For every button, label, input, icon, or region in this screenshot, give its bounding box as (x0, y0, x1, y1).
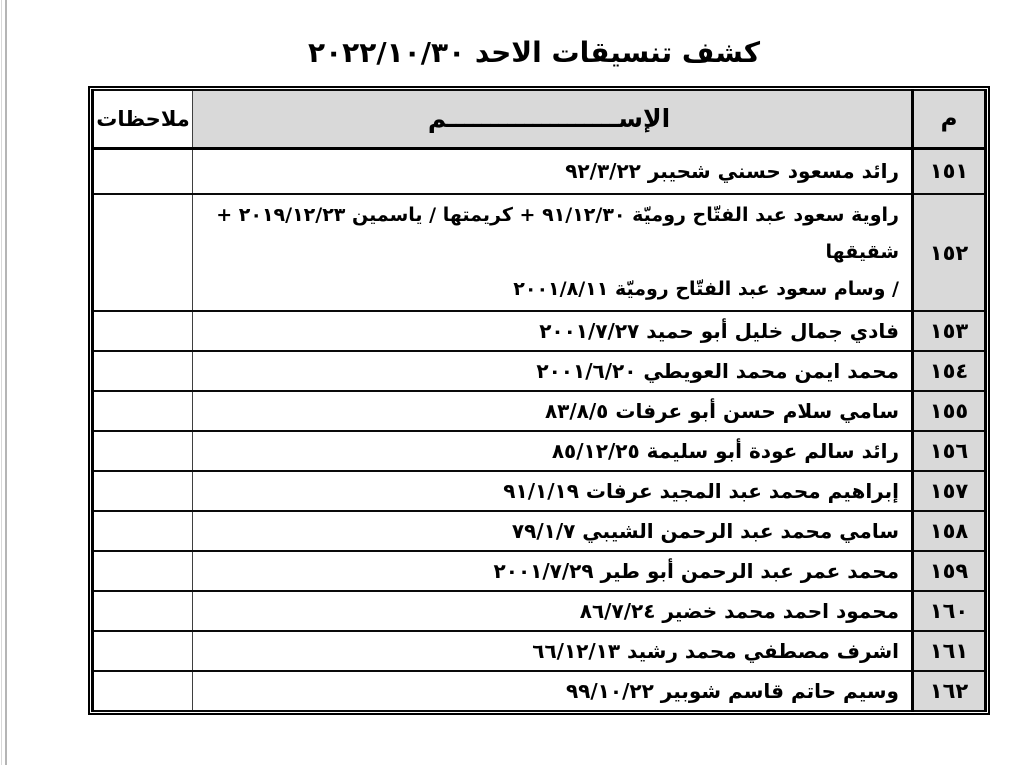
table-body: ١٥١ رائد مسعود حسني شحيبر ٩٢/٣/٢٢ ١٥٢ را… (93, 148, 986, 711)
row-name: راوية سعود عبد الفتّاح روميّة ٩١/١٢/٣٠ +… (193, 194, 913, 311)
row-notes (93, 671, 193, 711)
row-name: سامي سلام حسن أبو عرفات ٨٣/٨/٥ (193, 391, 913, 431)
row-notes (93, 471, 193, 511)
row-number: ١٥٤ (913, 351, 986, 391)
coordination-table: م الإســــــــــــــــــــم ملاحظات ١٥١ … (91, 89, 987, 712)
header-name: الإســــــــــــــــــــم (193, 90, 913, 148)
row-name: رائد سالم عودة أبو سليمة ٨٥/١٢/٢٥ (193, 431, 913, 471)
row-number: ١٦١ (913, 631, 986, 671)
row-name: محمد ايمن محمد العويطي ٢٠٠١/٦/٢٠ (193, 351, 913, 391)
row-name: محمد عمر عبد الرحمن أبو طير ٢٠٠١/٧/٢٩ (193, 551, 913, 591)
row-name: اشرف مصطفي محمد رشيد ٦٦/١٢/١٣ (193, 631, 913, 671)
row-notes (93, 511, 193, 551)
row-notes (93, 148, 193, 194)
row-number: ١٥٧ (913, 471, 986, 511)
row-number: ١٦٢ (913, 671, 986, 711)
table-row: ١٦٢ وسيم حاتم قاسم شوبير ٩٩/١٠/٢٢ (93, 671, 986, 711)
header-notes: ملاحظات (93, 90, 193, 148)
header-number: م (913, 90, 986, 148)
row-number: ١٥٩ (913, 551, 986, 591)
row-name: سامي محمد عبد الرحمن الشيبي ٧٩/١/٧ (193, 511, 913, 551)
coordination-table-wrapper: م الإســــــــــــــــــــم ملاحظات ١٥١ … (88, 86, 990, 715)
row-notes (93, 351, 193, 391)
row-number: ١٥٨ (913, 511, 986, 551)
table-header: م الإســــــــــــــــــــم ملاحظات (93, 90, 986, 148)
table-row: ١٥٨ سامي محمد عبد الرحمن الشيبي ٧٩/١/٧ (93, 511, 986, 551)
table-row: ١٦١ اشرف مصطفي محمد رشيد ٦٦/١٢/١٣ (93, 631, 986, 671)
row-notes (93, 391, 193, 431)
row-notes (93, 551, 193, 591)
row-name: إبراهيم محمد عبد المجيد عرفات ٩١/١/١٩ (193, 471, 913, 511)
scanned-document-page: كشف تنسيقات الاحد ٢٠٢٢/١٠/٣٠ م الإســـــ… (0, 0, 1024, 765)
table-row: ١٥٢ راوية سعود عبد الفتّاح روميّة ٩١/١٢/… (93, 194, 986, 311)
table-row: ١٦٠ محمود احمد محمد خضير ٨٦/٧/٢٤ (93, 591, 986, 631)
page-edge-line (5, 0, 7, 765)
table-row: ١٥٩ محمد عمر عبد الرحمن أبو طير ٢٠٠١/٧/٢… (93, 551, 986, 591)
row-notes (93, 311, 193, 351)
page-edge-line-faint (1, 0, 2, 765)
row-notes (93, 194, 193, 311)
table-row: ١٥٤ محمد ايمن محمد العويطي ٢٠٠١/٦/٢٠ (93, 351, 986, 391)
row-number: ١٥٣ (913, 311, 986, 351)
header-row: م الإســــــــــــــــــــم ملاحظات (93, 90, 986, 148)
row-notes (93, 631, 193, 671)
table-row: ١٥٥ سامي سلام حسن أبو عرفات ٨٣/٨/٥ (93, 391, 986, 431)
table-row: ١٥٣ فادي جمال خليل أبو حميد ٢٠٠١/٧/٢٧ (93, 311, 986, 351)
row-name: فادي جمال خليل أبو حميد ٢٠٠١/٧/٢٧ (193, 311, 913, 351)
row-number: ١٥٢ (913, 194, 986, 311)
table-row: ١٥٧ إبراهيم محمد عبد المجيد عرفات ٩١/١/١… (93, 471, 986, 511)
row-number: ١٥١ (913, 148, 986, 194)
row-notes (93, 591, 193, 631)
page-title: كشف تنسيقات الاحد ٢٠٢٢/١٠/٣٠ (88, 36, 980, 69)
table-row: ١٥١ رائد مسعود حسني شحيبر ٩٢/٣/٢٢ (93, 148, 986, 194)
row-number: ١٥٥ (913, 391, 986, 431)
table-row: ١٥٦ رائد سالم عودة أبو سليمة ٨٥/١٢/٢٥ (93, 431, 986, 471)
row-number: ١٦٠ (913, 591, 986, 631)
row-notes (93, 431, 193, 471)
row-name: محمود احمد محمد خضير ٨٦/٧/٢٤ (193, 591, 913, 631)
row-number: ١٥٦ (913, 431, 986, 471)
row-name: رائد مسعود حسني شحيبر ٩٢/٣/٢٢ (193, 148, 913, 194)
row-name: وسيم حاتم قاسم شوبير ٩٩/١٠/٢٢ (193, 671, 913, 711)
